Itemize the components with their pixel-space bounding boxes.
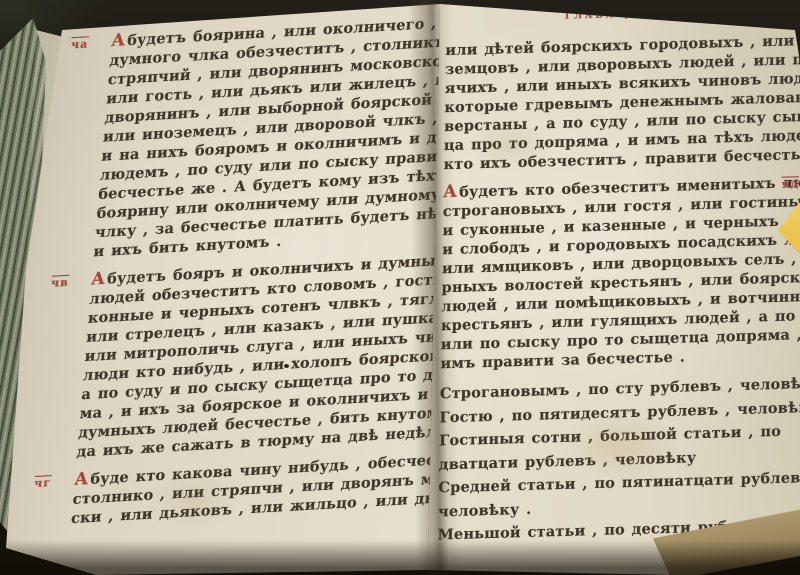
paragraph: чдАбудетъ кто обезчеститъ именитыхъ люде… [440, 174, 765, 373]
red-initial-letter: А [110, 30, 126, 51]
article-number: чд [781, 174, 799, 194]
left-page-text: чаАбудетъ боярина , или околничего , или… [70, 15, 424, 538]
ink-fleck [700, 480, 703, 483]
paragraph: или дѣтей боярскихъ городовыхъ , или ино… [443, 32, 767, 174]
paragraph: чгАбуде кто какова чину нибудь , обесчес… [70, 453, 386, 528]
article-number: чв [50, 273, 69, 293]
article-number: чг [34, 473, 52, 493]
book-gutter-shadow [408, 0, 460, 575]
paragraph: Строгановымъ , по сту рублевъ , человѣку… [438, 373, 762, 547]
right-page-paragraphs: или дѣтей боярскихъ городовыхъ , или ино… [438, 32, 768, 547]
book-bottom-shadow [0, 540, 800, 575]
ink-fleck [284, 364, 289, 368]
red-initial-letter: А [90, 269, 106, 290]
chapter-header: глава , і [446, 0, 768, 27]
paragraph: чвАбудетъ бояръ и околничихъ и думныхълю… [76, 253, 404, 462]
article-number: ча [70, 34, 89, 54]
book-photo: чаАбудетъ боярина , или околничего , или… [0, 0, 800, 575]
red-initial-letter: А [74, 469, 90, 490]
ink-fleck [742, 300, 745, 303]
right-page-text: глава , і или дѣтей боярскихъ городовыхъ… [437, 0, 767, 556]
paragraph: чаАбудетъ боярина , или околничего , или… [93, 15, 424, 262]
